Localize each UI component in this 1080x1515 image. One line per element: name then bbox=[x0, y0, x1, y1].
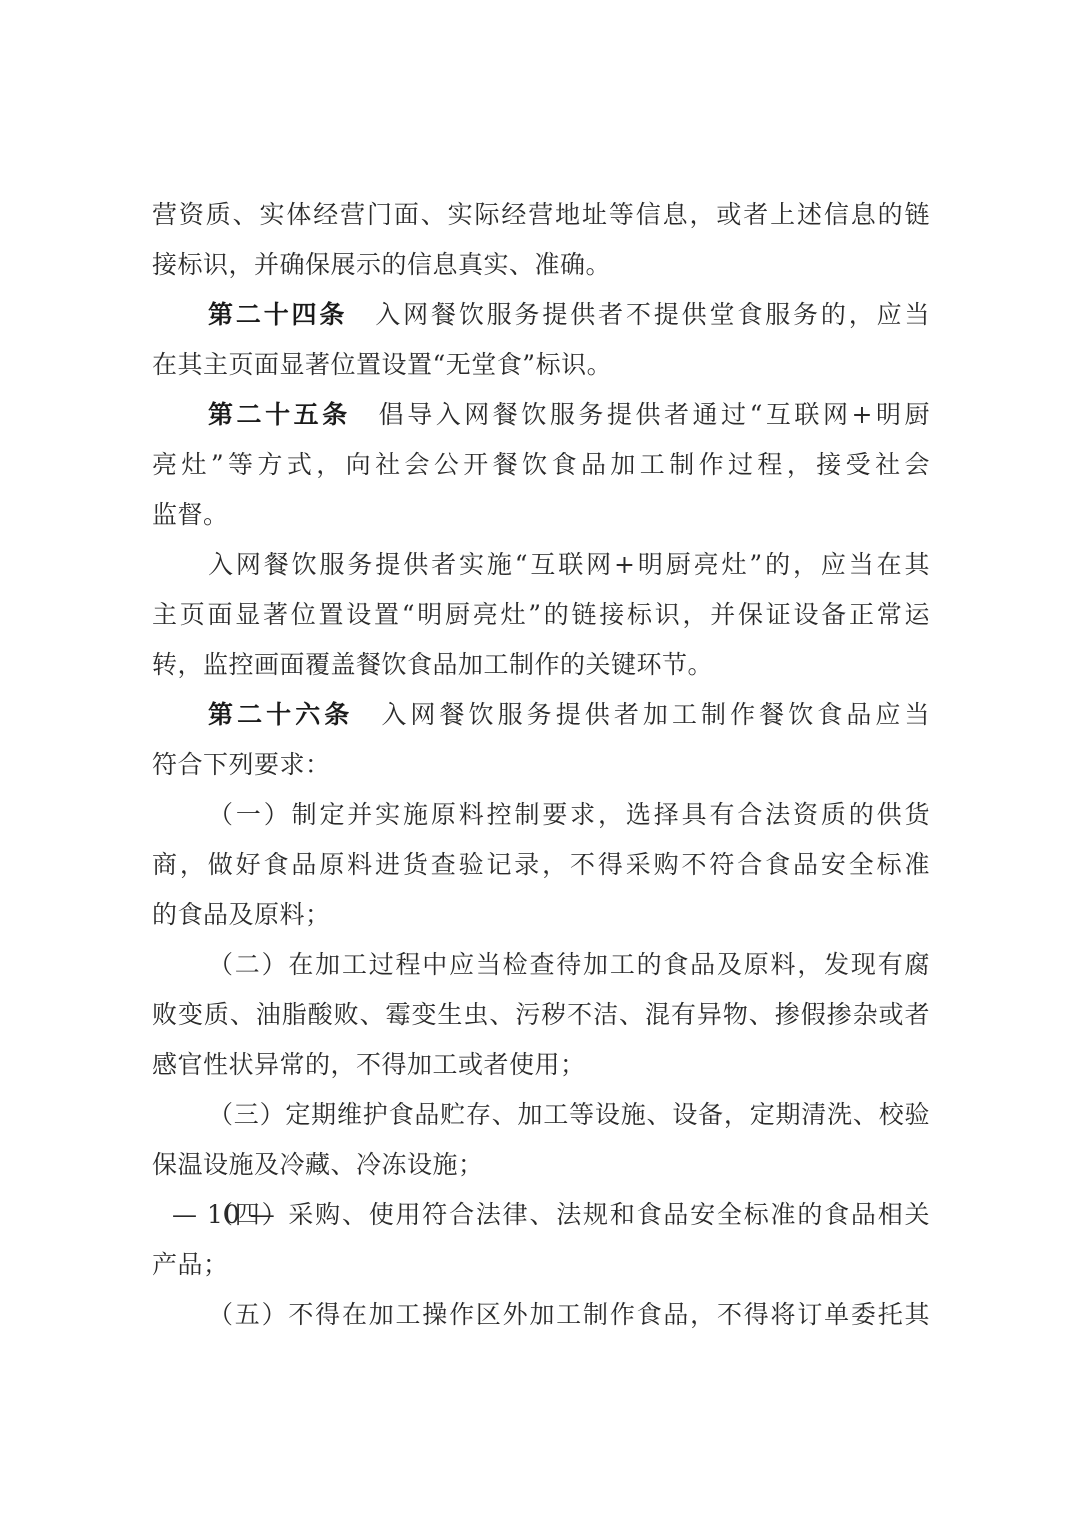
document-body: 营资质、实体经营门面、实际经营地址等信息，或者上述信息的链 接标识，并确保展示的… bbox=[152, 190, 930, 1340]
article-number: 第二十四条 bbox=[208, 300, 347, 329]
text-line: 保温设施及冷藏、冷冻设施； bbox=[152, 1140, 930, 1190]
article-24-line: 第二十四条入网餐饮服务提供者不提供堂食服务的，应当 bbox=[152, 290, 930, 340]
text-line: 监督。 bbox=[152, 490, 930, 540]
text-span: 入网餐饮服务提供者不提供堂食服务的，应当 bbox=[375, 300, 930, 329]
text-line: 入网餐饮服务提供者实施“互联网+明厨亮灶”的，应当在其 bbox=[152, 540, 930, 590]
page-number: — 10 — bbox=[172, 1200, 276, 1229]
list-item-2: （二）在加工过程中应当检查待加工的食品及原料，发现有腐 bbox=[152, 940, 930, 990]
text-line: 接标识，并确保展示的信息真实、准确。 bbox=[152, 240, 930, 290]
text-line: 商，做好食品原料进货查验记录，不得采购不符合食品安全标准 bbox=[152, 840, 930, 890]
text-line: 感官性状异常的，不得加工或者使用； bbox=[152, 1040, 930, 1090]
text-span: 入网餐饮服务提供者加工制作餐饮食品应当 bbox=[381, 700, 930, 729]
text-line: 的食品及原料； bbox=[152, 890, 930, 940]
text-line: 营资质、实体经营门面、实际经营地址等信息，或者上述信息的链 bbox=[152, 190, 930, 240]
text-line: 败变质、油脂酸败、霉变生虫、污秽不洁、混有异物、掺假掺杂或者 bbox=[152, 990, 930, 1040]
text-line: 在其主页面显著位置设置“无堂食”标识。 bbox=[152, 340, 930, 390]
article-number: 第二十五条 bbox=[208, 400, 351, 429]
text-line: 主页面显著位置设置“明厨亮灶”的链接标识，并保证设备正常运 bbox=[152, 590, 930, 640]
article-26-line: 第二十六条入网餐饮服务提供者加工制作餐饮食品应当 bbox=[152, 690, 930, 740]
article-number: 第二十六条 bbox=[208, 700, 353, 729]
text-line: 符合下列要求： bbox=[152, 740, 930, 790]
text-line: 转，监控画面覆盖餐饮食品加工制作的关键环节。 bbox=[152, 640, 930, 690]
text-line: 产品； bbox=[152, 1240, 930, 1290]
list-item-3: （三）定期维护食品贮存、加工等设施、设备，定期清洗、校验 bbox=[152, 1090, 930, 1140]
list-item-5: （五）不得在加工操作区外加工制作食品，不得将订单委托其 bbox=[152, 1290, 930, 1340]
text-span: 倡导入网餐饮服务提供者通过“互联网+明厨 bbox=[379, 400, 930, 429]
article-25-line: 第二十五条倡导入网餐饮服务提供者通过“互联网+明厨 bbox=[152, 390, 930, 440]
text-line: 亮灶”等方式，向社会公开餐饮食品加工制作过程，接受社会 bbox=[152, 440, 930, 490]
list-item-1: （一）制定并实施原料控制要求，选择具有合法资质的供货 bbox=[152, 790, 930, 840]
